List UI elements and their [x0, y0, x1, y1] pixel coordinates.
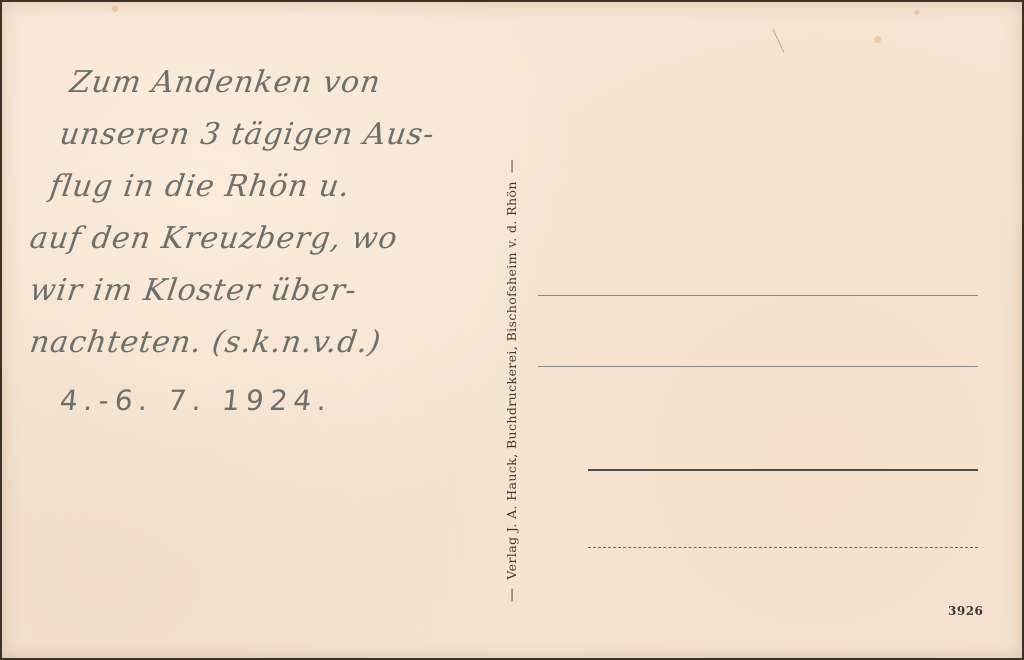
card-number: 3926	[948, 604, 983, 618]
imprint-dash: —	[500, 588, 524, 602]
address-line-3	[588, 469, 978, 471]
message-line: unseren 3 tägigen Aus-	[26, 109, 503, 161]
message-date: 4.-6. 7. 1924.	[27, 375, 502, 427]
message-line: Zum Andenken von	[26, 57, 503, 109]
postcard-back: Zum Andenken von unseren 3 tägigen Aus- …	[2, 2, 1022, 658]
message-line: nachteten. (s.k.n.v.d.)	[26, 317, 503, 369]
address-line-4	[588, 547, 978, 548]
imprint-text: Verlag J. A. Hauck, Buchdruckerei, Bisch…	[500, 181, 524, 579]
imprint-dash: —	[500, 159, 524, 173]
publisher-imprint: — Verlag J. A. Hauck, Buchdruckerei, Bis…	[500, 62, 524, 602]
address-line-1	[538, 295, 978, 296]
paper-scratch	[773, 29, 785, 53]
address-line-2	[538, 366, 978, 367]
age-stain	[874, 36, 881, 43]
age-stain	[914, 10, 919, 15]
handwritten-message: Zum Andenken von unseren 3 tägigen Aus- …	[30, 57, 500, 427]
message-line: flug in die Rhön u.	[26, 161, 503, 213]
message-line: wir im Kloster über-	[26, 265, 503, 317]
message-line: auf den Kreuzberg, wo	[26, 213, 503, 265]
age-stain	[112, 6, 118, 12]
